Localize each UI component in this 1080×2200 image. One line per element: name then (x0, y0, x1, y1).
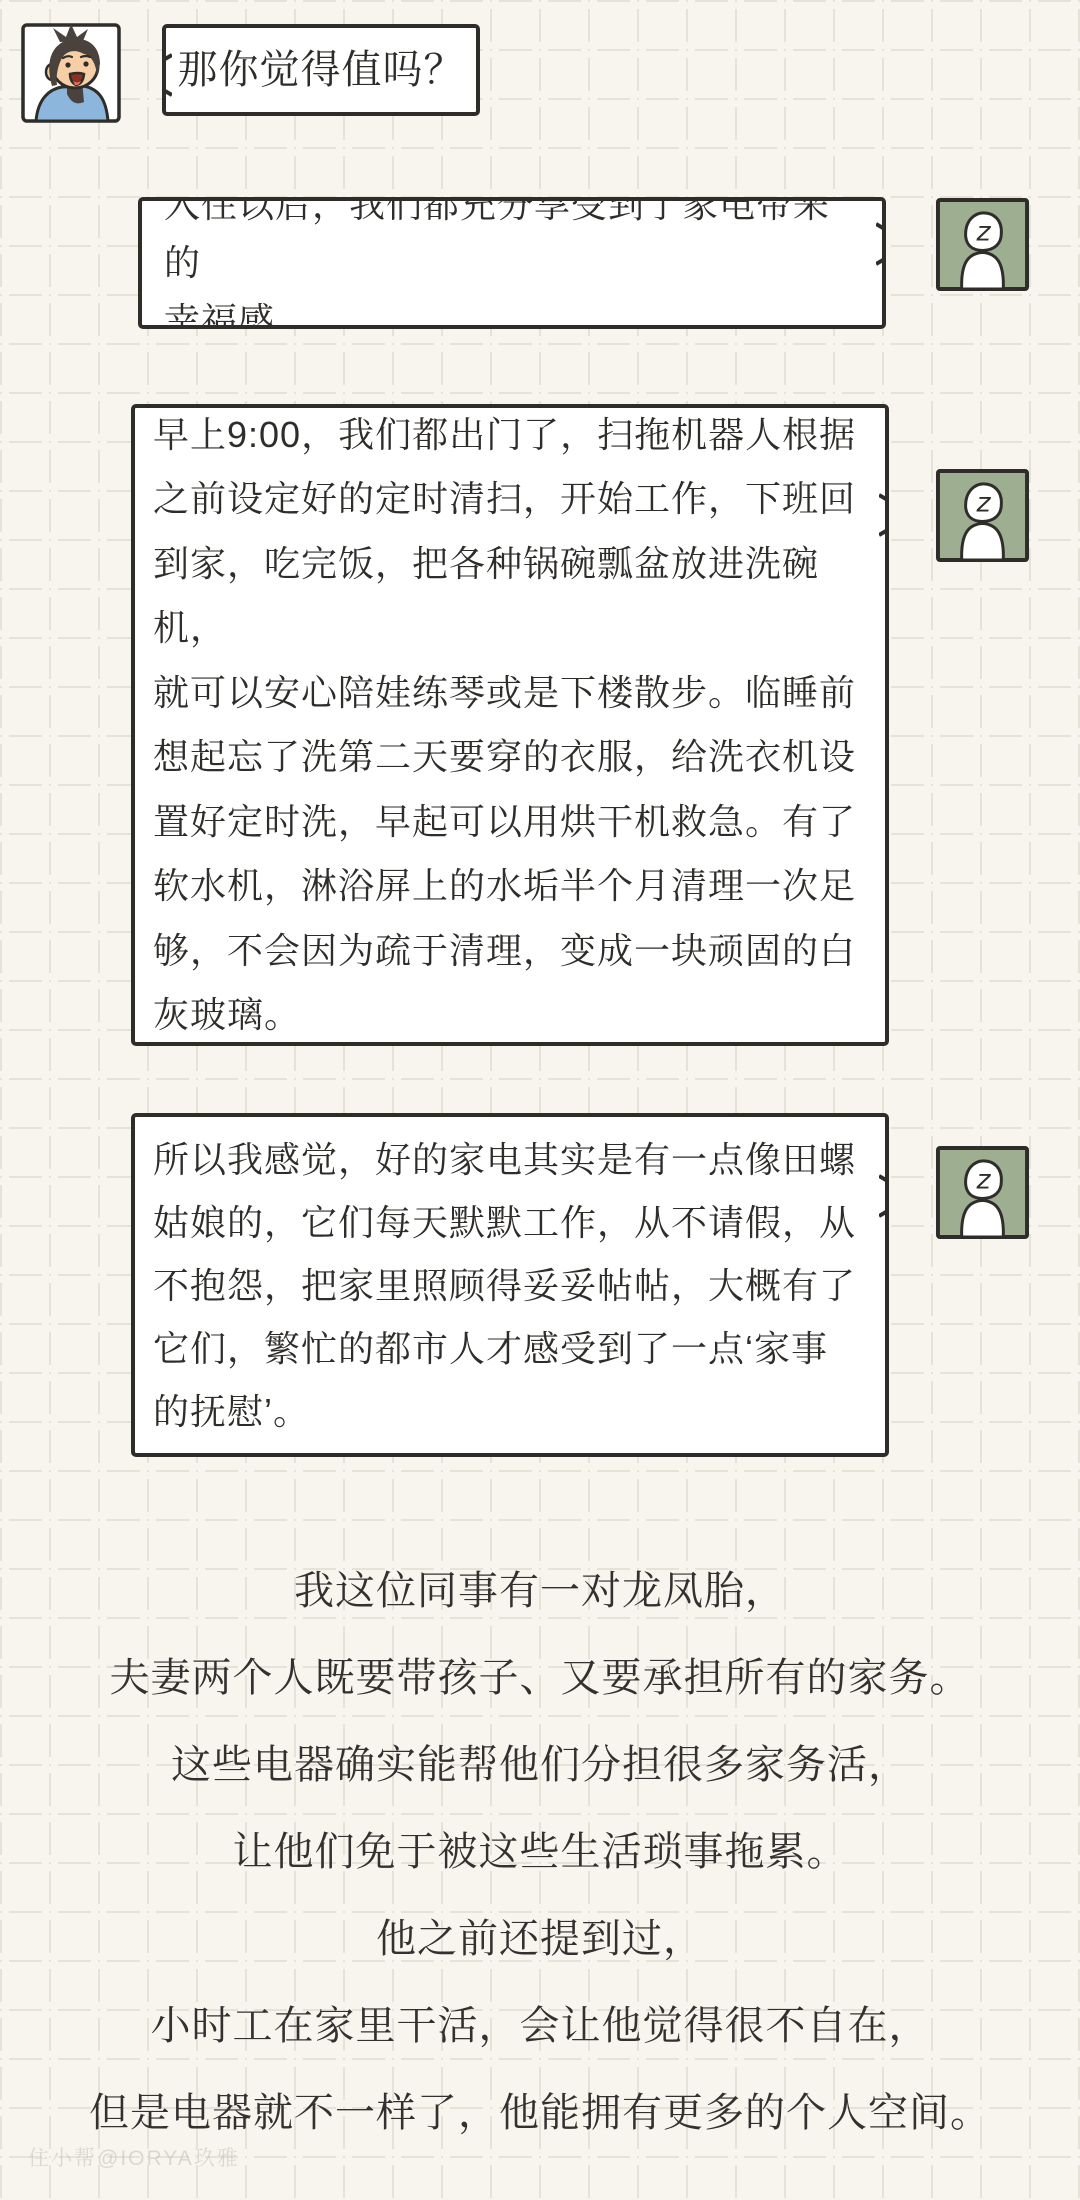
bubble-tail-right-icon (879, 490, 889, 540)
narration-line: 小时工在家里干活，会让他觉得很不自在， (0, 1983, 1080, 2070)
cartoon-man-icon (20, 22, 122, 124)
sleeping-figure-icon: z (935, 468, 1030, 563)
bubble-tail-right-icon (879, 1171, 889, 1221)
reply-text-3: 所以我感觉，好的家电其实是有一点像田螺 姑娘的，它们每天默默工作，从不请假，从 … (153, 1128, 867, 1443)
bubble-tail-left-icon (162, 50, 172, 100)
question-text: 那你觉得值吗？ (166, 48, 476, 92)
narration-line: 这些电器确实能帮他们分担很多家务活， (0, 1722, 1080, 1809)
comic-page: 那你觉得值吗？ 入住以后，我们都充分享受到了家电带来的 幸福感。 z 早上9:0… (0, 0, 1080, 2200)
reply-text-2: 早上9:00，我们都出门了，扫拖机器人根据 之前设定好的定时清扫，开始工作，下班… (153, 404, 867, 1046)
reply-bubble-3: 所以我感觉，好的家电其实是有一点像田螺 姑娘的，它们每天默默工作，从不请假，从 … (131, 1113, 889, 1457)
reply-text-1: 入住以后，我们都充分享受到了家电带来的 幸福感。 (164, 197, 860, 329)
colleague-avatar-3: z (935, 1145, 1030, 1240)
colleague-avatar-1: z (935, 197, 1030, 292)
sleeping-figure-icon: z (935, 197, 1030, 292)
svg-text:z: z (975, 217, 991, 248)
watermark: 住小帮@IORYA玖雅 (28, 2142, 240, 2172)
question-bubble: 那你觉得值吗？ (162, 24, 480, 116)
narration-block: 我这位同事有一对龙凤胎， 夫妻两个人既要带孩子、又要承担所有的家务。 这些电器确… (0, 1548, 1080, 2157)
reply-bubble-2: 早上9:00，我们都出门了，扫拖机器人根据 之前设定好的定时清扫，开始工作，下班… (131, 404, 889, 1046)
narration-line: 他之前还提到过， (0, 1896, 1080, 1983)
sleeping-figure-icon: z (935, 1145, 1030, 1240)
narration-line: 让他们免于被这些生活琐事拖累。 (0, 1809, 1080, 1896)
svg-text:z: z (975, 488, 991, 519)
svg-text:z: z (975, 1165, 991, 1196)
reply-bubble-1: 入住以后，我们都充分享受到了家电带来的 幸福感。 (138, 197, 886, 329)
colleague-avatar-2: z (935, 468, 1030, 563)
narration-line: 夫妻两个人既要带孩子、又要承担所有的家务。 (0, 1635, 1080, 1722)
bubble-tail-right-icon (876, 219, 886, 269)
interviewer-avatar (20, 22, 122, 124)
narration-line: 我这位同事有一对龙凤胎， (0, 1548, 1080, 1635)
